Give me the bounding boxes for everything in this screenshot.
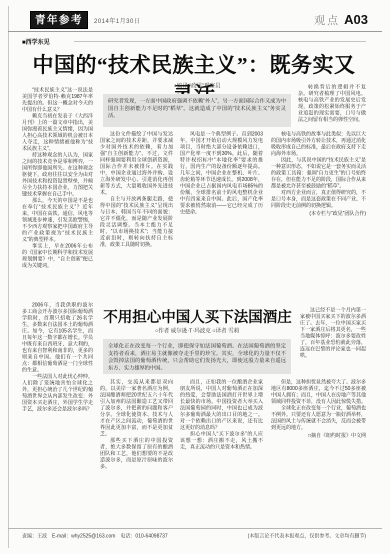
section-name: 观点 — [314, 15, 340, 27]
article2-column-2: 其实，交流从来都是双向的。以美岸一家著名酒庄为例，法国酿酒师把20世纪五六十年代… — [100, 379, 173, 512]
masthead-logo: 青年参考 — [30, 11, 88, 29]
page-edge-line — [8, 6, 9, 548]
article2-headline: 不用担心中国人买下法国酒庄 — [100, 306, 295, 327]
issue-date: 2014年1月30日 — [94, 16, 140, 25]
column-label-rule — [74, 41, 366, 42]
column-label: ■西学东见 — [22, 37, 50, 46]
footer-rule — [8, 528, 382, 529]
article1-abstract-box: 研究者发现，一方面中国政府强调不依赖“外人”，另一方面国际合作又成为中国自主创新… — [103, 94, 291, 127]
page-number: A03 — [344, 12, 368, 27]
article2-column-top-right: 这已经不是一个月内第一家被中国买家买下的波尔多酒庄了。去年，一位中国买家买下一家… — [300, 307, 366, 377]
article1-column-2: 这份文件描绘了中国与发达国家之间的技术差距，并要求减少对国外技术的依赖，着力加强… — [100, 131, 173, 293]
footer-editor-info: 责编：王波 E-mail：why2525@163.com 电话：010-6409… — [22, 533, 222, 543]
footer-disclaimer: (本版言论不代表本报观点，仅供参考。文章均有删节) — [196, 533, 366, 543]
article2-column-4: 但是，这种担忧显然被夸大了。波尔多地区有8000多座酒庄，迄今不过50多座被中国… — [271, 379, 366, 519]
article1-column-1: “技术民族主义”这一说法是美国学者罗伯特·赖克1987年率先提出的。但这一概念对… — [22, 87, 93, 293]
article2-abstract-box: 全球化正在改变每一个行业，即使保守如法国葡萄酒。在法国葡萄酒的坚定支持者看来，酒… — [103, 339, 291, 374]
page-mark: 观点A03 — [314, 11, 368, 29]
article2-column-3: 而且，正如我的一位酿酒企业家朋友所说，中国人对葡萄酒正在加深的热爱，会帮助法国酒… — [180, 379, 263, 512]
article1-column-3: 风电是一个典型例子。直到2003年，中国才开始启动大规模风力发电项目，当时绝大部… — [180, 131, 263, 293]
article2-column-1: 2006年，当我供职的波尔多工商会开办波尔多国际葡萄酒学院时，首期只招收了26名… — [22, 302, 93, 512]
header-rule — [8, 31, 382, 32]
article1-column-top-right: 转换背后的逻辑并不复杂。研究者梳理了中国风电、核电与高铁产业的发展史后发现，政策… — [298, 84, 366, 128]
article1-column-4: 核电与高铁的故事与此类似：先以巨大的国内市场吸引外方转让技术，再通过消化吸收形成… — [271, 131, 366, 293]
